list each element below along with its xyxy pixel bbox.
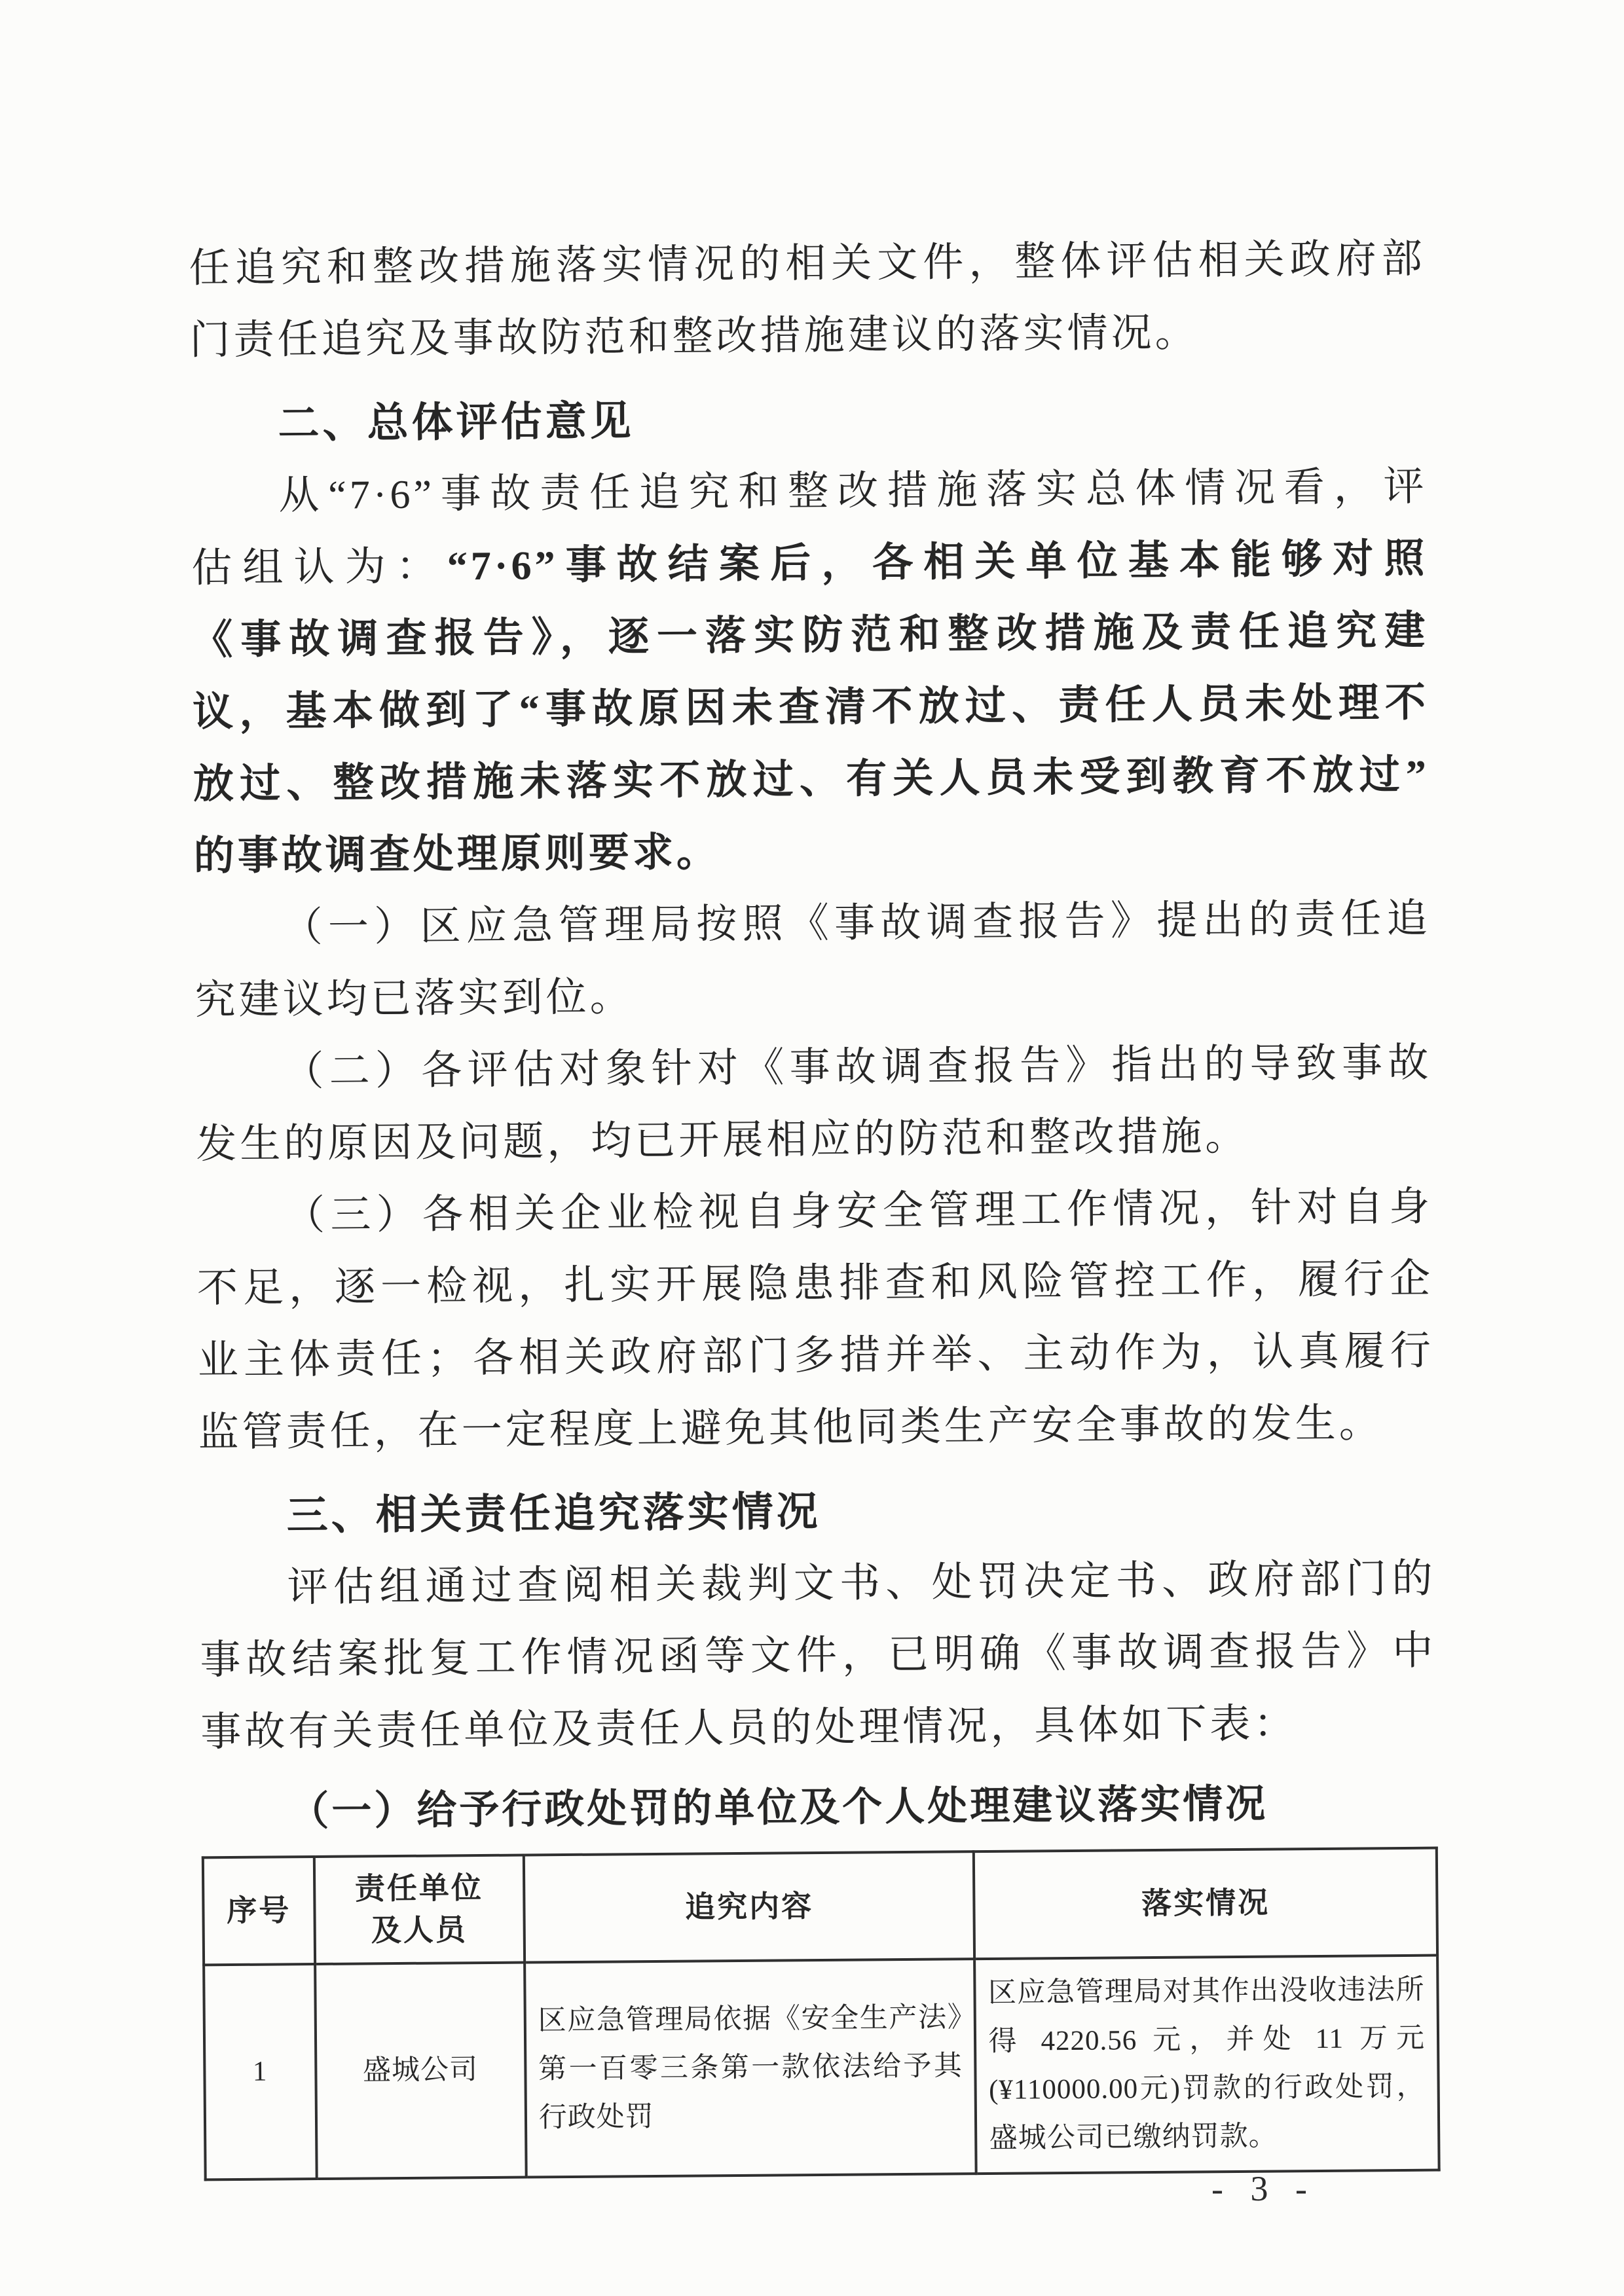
cell-number: 1 [204,1964,316,2179]
text-segment: 究建议均已落实到位。 [194,975,634,1023]
text-line: 估组认为：“7·6”事故结案后，各相关单位基本能够对照 [191,523,1428,605]
text-segment: （一）区应急管理局按照《事故调查报告》提出的责任追 [282,897,1430,951]
table-header-cell: 责任单位 及人员 [314,1855,525,1965]
text-line: 业主体责任；各相关政府部门多措并举、主动作为，认真履行 [197,1315,1434,1397]
text-line: 的事故调查处理原则要求。 [193,811,1430,893]
table-header-cell: 序号 [203,1857,315,1965]
cell-responsible-unit: 盛城公司 [315,1963,526,2179]
text-line: 议，基本做到了“事故原因未查清不放过、责任人员未处理不 [193,667,1430,749]
text-line: 发生的原因及问题，均已开展相应的防范和整改措施。 [196,1099,1433,1181]
text-line: 事故结案批复工作情况函等文件，已明确《事故调查报告》中 [200,1615,1437,1697]
table-row: 1盛城公司区应急管理局依据《安全生产法》第一百零三条第一款依法给予其行政处罚区应… [204,1956,1439,2180]
text-segment: 从“7·6”事故责任追究和整改措施落实总体情况看，评 [278,465,1427,519]
table-header-cell: 追究内容 [524,1851,975,1962]
text-segment: 的事故调查处理原则要求。 [194,830,721,879]
text-segment: 监管责任，在一定程度上避免其他同类生产安全事故的发生。 [198,1401,1382,1455]
page-number: - 3 - [1211,2168,1316,2209]
text-line: 放过、整改措施未落实不放过、有关人员未受到教育不放过” [193,739,1430,821]
text-line: （三）各相关企业检视自身安全管理工作情况，针对自身 [196,1171,1433,1253]
text-line: 任追究和整改措施落实情况的相关文件，整体评估相关政府部 [189,223,1426,305]
table-header-cell: 落实情况 [974,1848,1437,1959]
text-segment: 放过、整改措施未落实不放过、有关人员未受到教育不放过” [193,753,1430,807]
text-segment: 门责任追究及事故防范和整改措施建议的落实情况。 [189,310,1199,363]
table-head: 序号责任单位 及人员追究内容落实情况 [203,1848,1437,1965]
text-segment: （三）各相关企业检视自身安全管理工作情况，针对自身 [284,1185,1433,1239]
text-segment: 三、相关责任追究落实情况 [286,1489,821,1539]
text-segment: 事故结案批复工作情况函等文件，已明确《事故调查报告》中 [200,1629,1436,1683]
section-heading: 二、总体评估意见 [190,379,1427,461]
text-line: 究建议均已落实到位。 [194,955,1431,1037]
body-text: 任追究和整改措施落实情况的相关文件，整体评估相关政府部门责任追究及事故防范和整改… [189,223,1437,1769]
text-line: 从“7·6”事故责任追究和整改措施落实总体情况看，评 [191,451,1428,533]
text-segment: 二、总体评估意见 [278,398,635,446]
text-segment: 业主体责任；各相关政府部门多措并举、主动作为，认真履行 [198,1329,1434,1383]
scanned-text-block: 任追究和整改措施落实情况的相关文件，整体评估相关政府部门责任追究及事故防范和整改… [189,223,1440,2181]
text-line: 门责任追究及事故防范和整改措施建议的落实情况。 [189,295,1426,377]
text-line: 事故有关责任单位及责任人员的处理情况，具体如下表： [200,1687,1437,1769]
text-segment: “7·6”事故结案后，各相关单位基本能够对照 [447,537,1428,589]
table-body: 1盛城公司区应急管理局依据《安全生产法》第一百零三条第一款依法给予其行政处罚区应… [204,1956,1439,2180]
text-segment: 事故有关责任单位及责任人员的处理情况，具体如下表： [200,1702,1297,1755]
text-segment: 任追究和整改措施落实情况的相关文件，整体评估相关政府部 [189,237,1426,291]
text-segment: 发生的原因及问题，均已开展相应的防范和整改措施。 [196,1114,1249,1167]
text-line: （一）区应急管理局按照《事故调查报告》提出的责任追 [194,883,1431,965]
text-segment: 评估组通过查阅相关裁判文书、处罚决定书、政府部门的 [287,1557,1435,1611]
text-segment: 估组认为： [191,544,447,591]
cell-implementation-status: 区应急管理局对其作出没收违法所得 4220.56 元，并处 11 万元(¥110… [975,1956,1439,2174]
document-page: 任追究和整改措施落实情况的相关文件，整体评估相关政府部门责任追究及事故防范和整改… [0,0,1624,2296]
text-segment: 不足，逐一检视，扎实开展隐患排查和风险管控工作，履行企 [197,1257,1433,1311]
section-heading: 三、相关责任追究落实情况 [198,1471,1435,1553]
text-line: （二）各评估对象针对《事故调查报告》指出的导致事故 [195,1027,1432,1109]
text-segment: 议，基本做到了“事故原因未查清不放过、责任人员未处理不 [193,681,1429,735]
text-line: 评估组通过查阅相关裁判文书、处罚决定书、政府部门的 [199,1543,1436,1625]
text-line: 不足，逐一检视，扎实开展隐患排查和风险管控工作，履行企 [197,1243,1434,1325]
punishment-table: 序号责任单位 及人员追究内容落实情况 1盛城公司区应急管理局依据《安全生产法》第… [202,1847,1441,2181]
text-line: 《事故调查报告》，逐一落实防范和整改措施及责任追究建 [192,595,1429,677]
text-segment: 《事故调查报告》，逐一落实防范和整改措施及责任追究建 [192,609,1428,663]
table-section-heading: （一）给予行政处罚的单位及个人处理建议落实情况 [201,1766,1438,1849]
text-line: 监管责任，在一定程度上避免其他同类生产安全事故的发生。 [198,1387,1435,1469]
table-header-row: 序号责任单位 及人员追究内容落实情况 [203,1848,1437,1965]
text-segment: （二）各评估对象针对《事故调查报告》指出的导致事故 [283,1041,1431,1095]
cell-accountability-content: 区应急管理局依据《安全生产法》第一百零三条第一款依法给予其行政处罚 [525,1959,976,2177]
